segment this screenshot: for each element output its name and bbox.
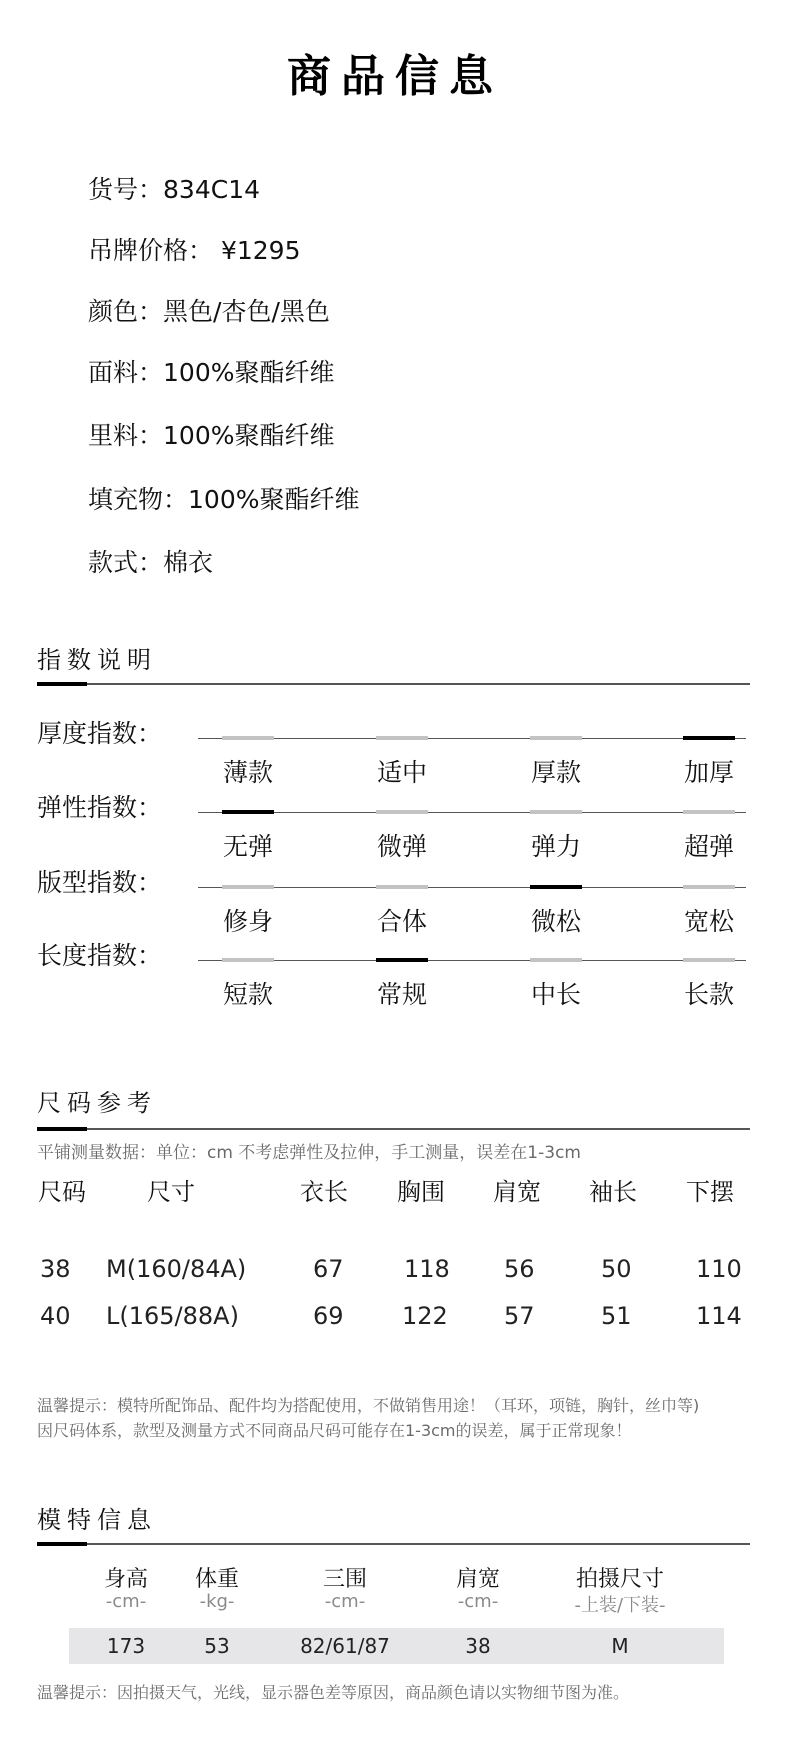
index-option: 厚款 — [516, 753, 596, 789]
measurement-note: 平铺测量数据：单位：cm 不考虑弹性及拉伸，手工测量，误差在1-3cm — [37, 1138, 581, 1163]
warm-tip-color: 温馨提示：因拍摄天气，光线，显示器色差等原因，商品颜色请以实物细节图为准。 — [37, 1680, 629, 1703]
index-label: 长度指数： — [37, 936, 162, 972]
cell-shoulder: 56 — [504, 1255, 535, 1283]
section-divider — [37, 683, 750, 685]
cell-hem: 114 — [696, 1302, 742, 1330]
index-option: 修身 — [208, 902, 288, 938]
index-option: 微弹 — [362, 827, 442, 863]
section-divider — [37, 1543, 750, 1545]
index-marker — [530, 958, 582, 962]
info-value: 834C14 — [163, 175, 260, 204]
info-label: 面料： — [88, 358, 163, 387]
section-divider-accent — [37, 1542, 87, 1546]
header-size-code: 尺码 — [38, 1172, 86, 1207]
header-shoulder: 肩宽 — [493, 1172, 541, 1207]
section-divider — [37, 1128, 750, 1130]
index-marker — [683, 810, 735, 814]
index-marker — [222, 885, 274, 889]
cell-shoulder: 57 — [504, 1302, 535, 1330]
cell-sleeve: 51 — [601, 1302, 632, 1330]
index-marker-selected — [683, 736, 735, 740]
info-row-item-number: 货号：834C14 — [88, 170, 260, 206]
section-title-index: 指数说明 — [37, 640, 157, 675]
model-value-weight: 53 — [157, 1634, 277, 1658]
index-marker-selected — [530, 885, 582, 889]
info-value: 100%聚酯纤维 — [163, 358, 334, 387]
section-title-model: 模特信息 — [37, 1500, 157, 1535]
cell-size-code: 38 — [40, 1255, 71, 1283]
header-chest: 胸围 — [397, 1172, 445, 1207]
info-label: 颜色： — [88, 297, 163, 326]
index-option: 长款 — [669, 975, 749, 1011]
cell-sleeve: 50 — [601, 1255, 632, 1283]
model-unit-measurements: -cm- — [275, 1591, 415, 1612]
header-sleeve: 袖长 — [589, 1172, 637, 1207]
info-value: 黑色/杏色/黑色 — [163, 297, 330, 326]
info-label: 货号： — [88, 175, 163, 204]
header-hem: 下摆 — [686, 1172, 734, 1207]
model-value-shoot-size: M — [560, 1634, 680, 1658]
section-divider-accent — [37, 682, 87, 686]
model-header-shoot-size: 拍摄尺寸 — [565, 1562, 675, 1593]
model-value-shoulder: 38 — [418, 1634, 538, 1658]
cell-dimension: M(160/84A) — [106, 1255, 246, 1283]
info-row-price: 吊牌价格： ¥1295 — [88, 231, 301, 267]
index-marker — [222, 736, 274, 740]
model-header-shoulder: 肩宽 — [423, 1562, 533, 1593]
warm-tip-size-error: 因尺码体系，款型及测量方式不同商品尺码可能存在1-3cm的误差，属于正常现象！ — [37, 1418, 632, 1441]
info-label: 吊牌价格： — [88, 236, 213, 265]
index-option: 宽松 — [669, 902, 749, 938]
index-option: 合体 — [362, 902, 442, 938]
info-row-style: 款式：棉衣 — [88, 543, 213, 579]
info-row-filling: 填充物：100%聚酯纤维 — [88, 480, 360, 516]
index-marker — [683, 958, 735, 962]
index-option: 适中 — [362, 753, 442, 789]
index-marker — [683, 885, 735, 889]
index-scale-line — [198, 738, 746, 739]
index-scale-line — [198, 812, 746, 813]
model-unit-shoot-size: -上装/下装- — [550, 1591, 690, 1617]
index-marker — [376, 736, 428, 740]
warm-tip-accessories: 温馨提示：模特所配饰品、配件均为搭配使用，不做销售用途！（耳环，项链，胸针，丝巾… — [37, 1393, 699, 1416]
cell-dimension: L(165/88A) — [106, 1302, 239, 1330]
index-marker-selected — [222, 810, 274, 814]
info-value: 棉衣 — [163, 548, 213, 577]
cell-length: 67 — [313, 1255, 344, 1283]
info-label: 填充物： — [88, 485, 188, 514]
info-row-color: 颜色：黑色/杏色/黑色 — [88, 292, 330, 328]
model-unit-shoulder: -cm- — [408, 1591, 548, 1612]
info-row-lining: 里料：100%聚酯纤维 — [88, 416, 335, 452]
index-option: 无弹 — [208, 827, 288, 863]
info-value: ¥1295 — [213, 236, 300, 265]
index-label: 版型指数： — [37, 863, 162, 899]
index-marker — [530, 810, 582, 814]
index-option: 短款 — [208, 975, 288, 1011]
index-option: 中长 — [516, 975, 596, 1011]
header-length: 衣长 — [300, 1172, 348, 1207]
model-header-measurements: 三围 — [290, 1562, 400, 1593]
index-marker-selected — [376, 958, 428, 962]
info-label: 款式： — [88, 548, 163, 577]
index-option: 薄款 — [208, 753, 288, 789]
index-label: 弹性指数： — [37, 788, 162, 824]
info-value: 100%聚酯纤维 — [188, 485, 359, 514]
index-marker — [530, 736, 582, 740]
model-unit-weight: -kg- — [147, 1591, 287, 1612]
index-marker — [376, 885, 428, 889]
page-title: 商品信息 — [0, 40, 790, 104]
cell-chest: 122 — [402, 1302, 448, 1330]
cell-hem: 110 — [696, 1255, 742, 1283]
index-option: 常规 — [362, 975, 442, 1011]
index-label: 厚度指数： — [37, 714, 162, 750]
model-value-measurements: 82/61/87 — [285, 1634, 405, 1658]
section-divider-accent — [37, 1127, 87, 1131]
index-marker — [222, 958, 274, 962]
index-option: 弹力 — [516, 827, 596, 863]
info-row-fabric: 面料：100%聚酯纤维 — [88, 353, 335, 389]
index-option: 加厚 — [669, 753, 749, 789]
header-dimension: 尺寸 — [147, 1172, 195, 1207]
cell-size-code: 40 — [40, 1302, 71, 1330]
index-marker — [376, 810, 428, 814]
info-label: 里料： — [88, 421, 163, 450]
index-option: 微松 — [516, 902, 596, 938]
section-title-size: 尺码参考 — [37, 1083, 157, 1118]
cell-length: 69 — [313, 1302, 344, 1330]
model-header-weight: 体重 — [162, 1562, 272, 1593]
index-option: 超弹 — [669, 827, 749, 863]
cell-chest: 118 — [404, 1255, 450, 1283]
index-scale-line — [198, 887, 746, 888]
index-scale-line — [198, 960, 746, 961]
info-value: 100%聚酯纤维 — [163, 421, 334, 450]
